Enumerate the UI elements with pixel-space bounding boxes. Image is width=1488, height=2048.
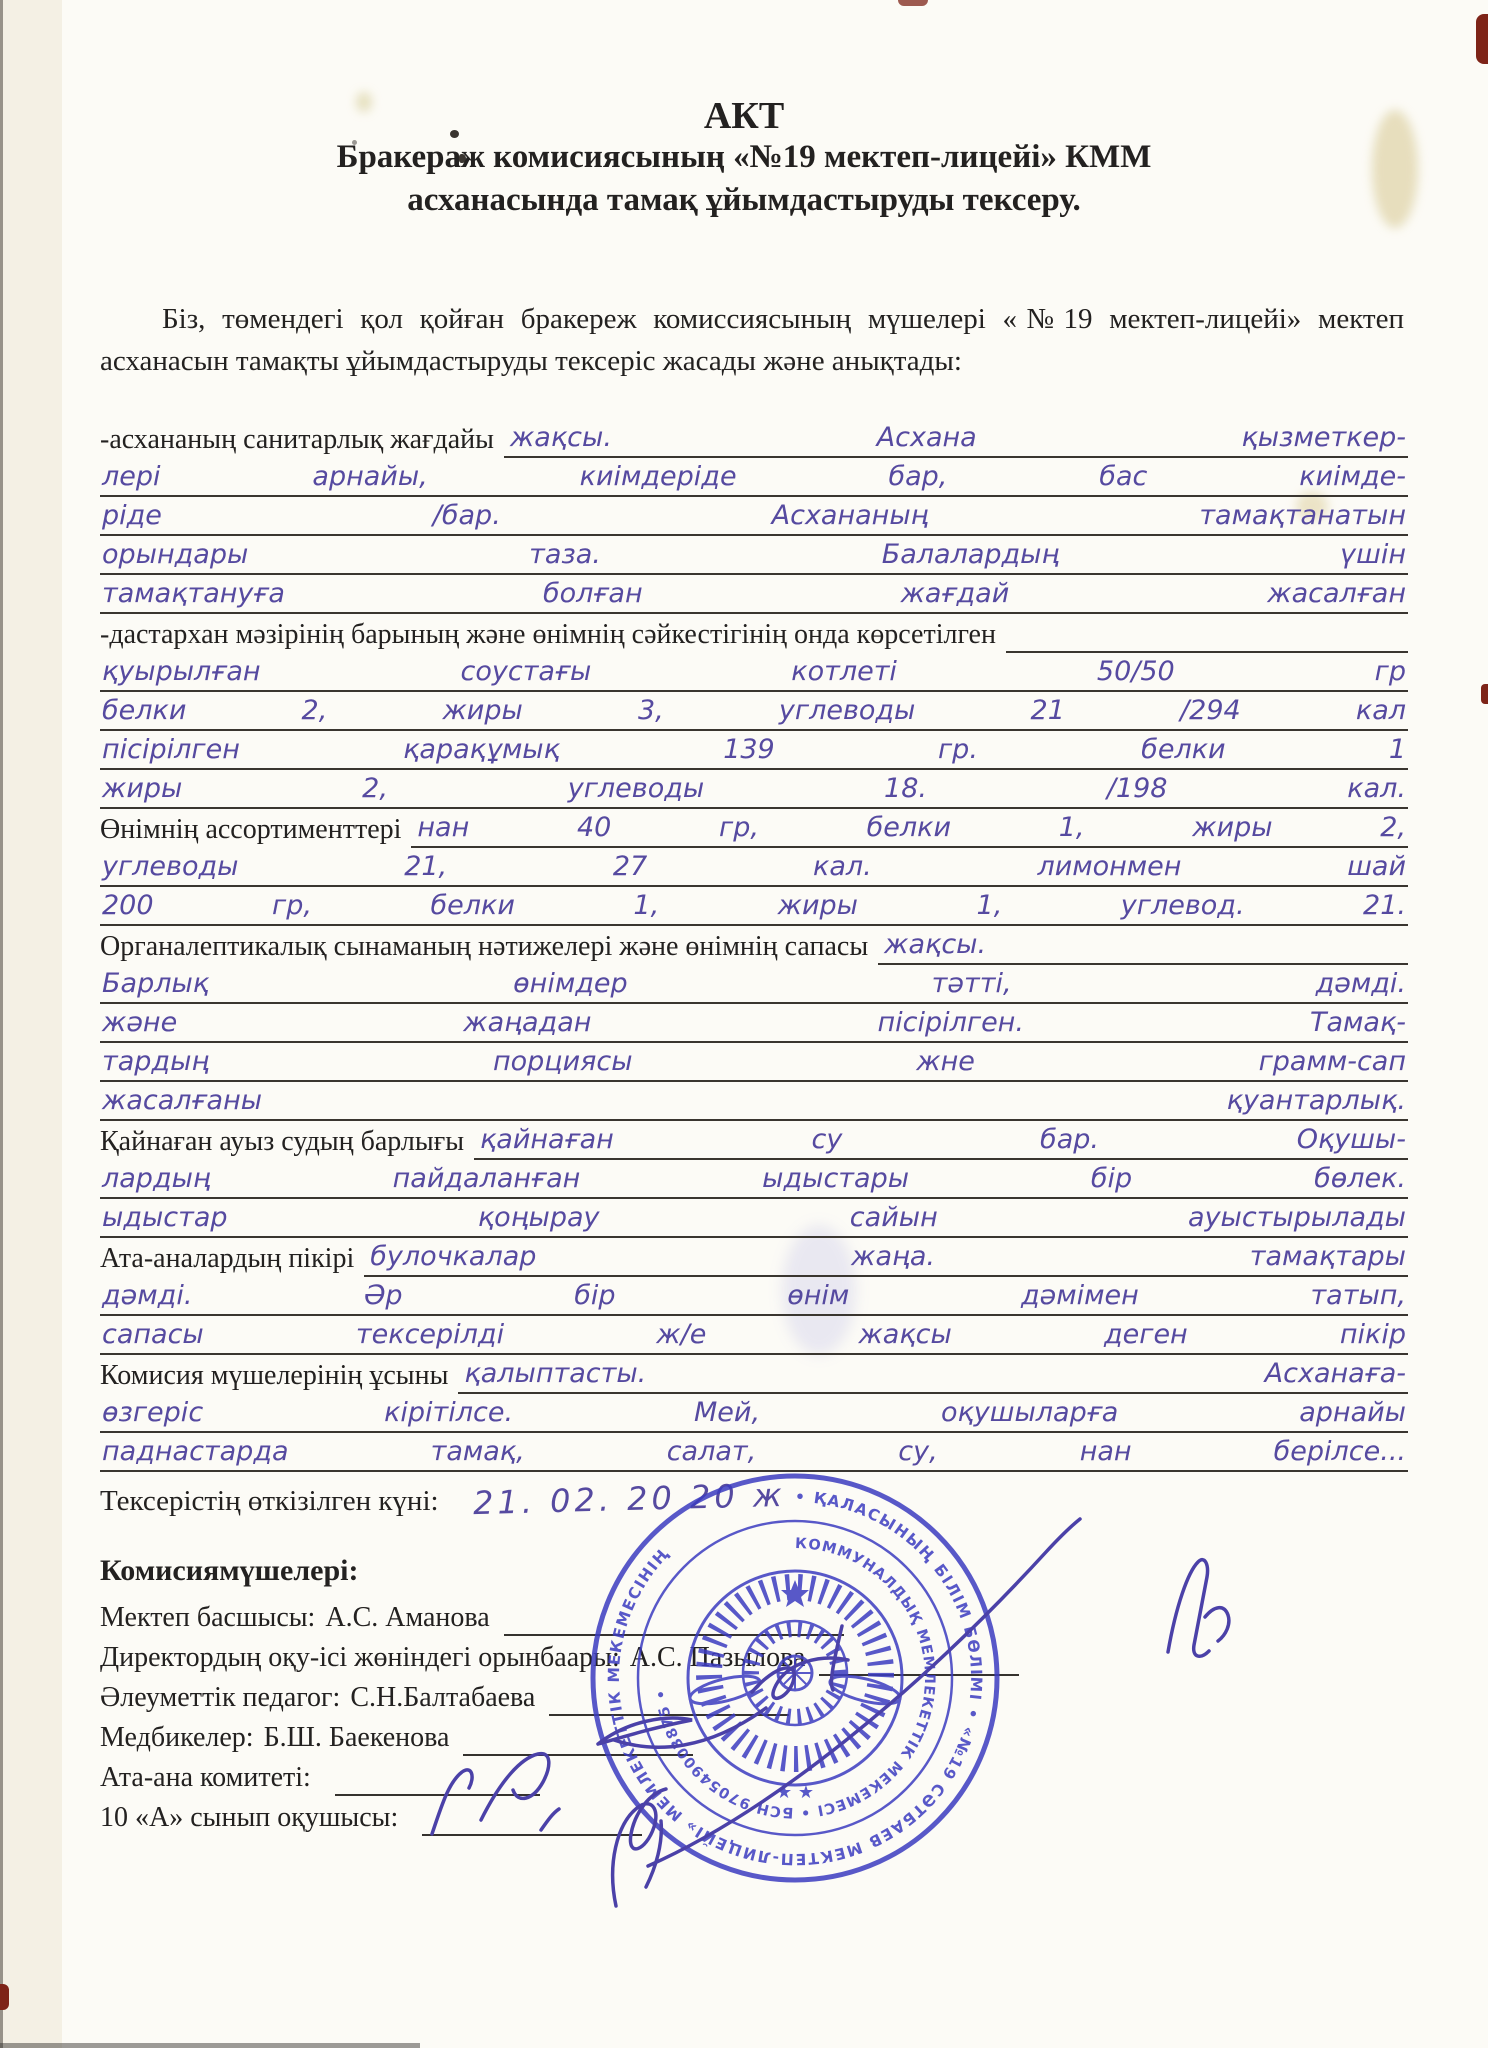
form-row: тамақтануға болған жағдай жасалған [100,575,1408,614]
field-parents-opinion: Ата-аналардың пікірі булочкалар жаңа. та… [100,1238,1408,1355]
scan-corner-mark [1476,14,1488,64]
form-row: жасалғаны қуантарлық. [100,1082,1408,1121]
handwritten-entry: лардың пайдаланған ыдыстары бір бөлек. [100,1165,1408,1199]
handwritten-entry: қуырылған соустағы котлеті 50/50 гр [100,658,1408,692]
scan-corner-mark [898,0,928,6]
form-row: 200 гр, белки 1, жиры 1, углевод. 21. [100,887,1408,926]
scan-left-edge [0,0,3,2048]
member-name [398,1832,408,1836]
handwritten-entry: жақсы. Асхана қызметкер- [504,424,1408,458]
handwritten-entry: нан 40 гр, белки 1, жиры 2, [411,814,1408,848]
form-row: пісірілген қарақұмық 139 гр. белки 1 [100,731,1408,770]
form-row: жиры 2, углеводы 18. /198 кал. [100,770,1408,809]
form-row: Өнімнің ассортименттері нан 40 гр, белки… [100,809,1408,848]
handwritten-entry: және жаңадан пісірілген. Тамақ- [100,1009,1408,1043]
handwritten-entry: белки 2, жиры 3, углеводы 21 /294 кал [100,697,1408,731]
form-row: Ата-аналардың пікірі булочкалар жаңа. та… [100,1238,1408,1277]
signature-line [335,1764,540,1796]
form-row: Барлық өнімдер тәтті, дәмді. [100,965,1408,1004]
handwritten-entry: өзгеріс кірітілсе. Мей, оқушыларға арнай… [100,1399,1408,1433]
form-row: Комисия мүшелерінің ұсыны қалыптасты. Ас… [100,1355,1408,1394]
stamp-bottom-stars: ★ ★ [776,1782,814,1803]
field-commission-proposal: Комисия мүшелерінің ұсыны қалыптасты. Ас… [100,1355,1408,1472]
handwritten-entry: углеводы 21, 27 кал. лимонмен шай [100,853,1408,887]
title-block: АКТ Бракераж комисиясының «№19 мектеп-ли… [0,96,1488,222]
handwritten-entry: жақсы. [878,931,1408,965]
handwritten-entry: қайнаған су бар. Оқушы- [474,1126,1408,1160]
field-label: Органалептикалық сынаманың нәтижелері жә… [100,933,878,965]
scan-left-strip [0,0,62,2048]
form-body: -асхананың санитарлық жағдайы жақсы. Асх… [100,419,1408,1472]
form-row: углеводы 21, 27 кал. лимонмен шай [100,848,1408,887]
document-subtitle-1: Бракераж комисиясының «№19 мектеп-лицейі… [0,136,1488,179]
field-label: Өнімнің ассортименттері [100,816,411,848]
scan-corner-mark [0,1984,9,2010]
member-role: Ата-ана комитеті: [100,1764,311,1796]
form-row: ыдыстар қоңырау сайын ауыстырылады [100,1199,1408,1238]
field-organoleptic-results: Органалептикалық сынаманың нәтижелері жә… [100,926,1408,1121]
form-row: ріде /бар. Асхананың тамақтанатын [100,497,1408,536]
field-sanitary-condition: -асхананың санитарлық жағдайы жақсы. Асх… [100,419,1408,614]
handwritten-entry: жиры 2, углеводы 18. /198 кал. [100,775,1408,809]
field-label: -асхананың санитарлық жағдайы [100,426,504,458]
form-row: -дастархан мәзірінің барының және өнімні… [100,614,1408,653]
form-row: сапасы тексерілді ж/е жақсы деген пікір [100,1316,1408,1355]
handwritten-entry: орындары таза. Балалардың үшін [100,541,1408,575]
field-menu-conformity: -дастархан мәзірінің барының және өнімні… [100,614,1408,809]
form-row: өзгеріс кірітілсе. Мей, оқушыларға арнай… [100,1394,1408,1433]
document-title: АКТ [0,96,1488,136]
member-role: Мектеп басшысы: [100,1604,315,1636]
member-role: Әлеуметтік педагог: [100,1684,340,1716]
field-label: Комисия мүшелерінің ұсыны [100,1362,458,1394]
scan-bottom-edge [0,2043,420,2048]
field-label: -дастархан мәзірінің барының және өнімні… [100,621,1006,653]
form-row: Қайнаған ауыз судың барлығы қайнаған су … [100,1121,1408,1160]
handwritten-entry: тардың порциясы жне грамм-сап [100,1048,1408,1082]
form-row: орындары таза. Балалардың үшін [100,536,1408,575]
form-row: лері арнайы, киімдеріде бар, бас киімде- [100,458,1408,497]
field-boiled-water: Қайнаған ауыз судың барлығы қайнаған су … [100,1121,1408,1238]
form-row: қуырылған соустағы котлеті 50/50 гр [100,653,1408,692]
handwritten-entry: Барлық өнімдер тәтті, дәмді. [100,970,1408,1004]
inspection-date-label: Тексерістің өткізілген күні: [100,1485,439,1518]
handwritten-entry: булочкалар жаңа. тамақтары [364,1243,1408,1277]
handwritten-entry: лері арнайы, киімдеріде бар, бас киімде- [100,463,1408,497]
field-product-assortment: Өнімнің ассортименттері нан 40 гр, белки… [100,809,1408,926]
member-name: С.Н.Балтабаева [340,1684,535,1716]
member-name: А.С. Аманова [315,1604,489,1636]
scanned-act-document: АКТ Бракераж комисиясының «№19 мектеп-ли… [0,0,1488,2048]
handwritten-entry [1006,646,1408,653]
handwritten-entry: жасалғаны қуантарлық. [100,1087,1408,1121]
official-stamp: • ҚАЛАСЫНЫҢ БІЛІМ БӨЛІМІ • «№19 СӘТБАЕВ … [585,1468,1005,1888]
field-label: Қайнаған ауыз судың барлығы [100,1128,474,1160]
handwritten-entry: 200 гр, белки 1, жиры 1, углевод. 21. [100,892,1408,926]
form-row: және жаңадан пісірілген. Тамақ- [100,1004,1408,1043]
handwritten-entry: ыдыстар қоңырау сайын ауыстырылады [100,1204,1408,1238]
handwritten-entry: паднастарда тамақ, салат, су, нан берілс… [100,1438,1408,1472]
member-role: 10 «А» сынып оқушысы: [100,1804,398,1836]
form-row: лардың пайдаланған ыдыстары бір бөлек. [100,1160,1408,1199]
member-role: Директордың оқу-ісі жөніндегі орынбаары: [100,1644,620,1676]
form-row: Органалептикалық сынаманың нәтижелері жә… [100,926,1408,965]
form-row: паднастарда тамақ, салат, су, нан берілс… [100,1433,1408,1472]
handwritten-entry: дәмді. Әр бір өнім дәмімен татып, [100,1282,1408,1316]
handwritten-entry: сапасы тексерілді ж/е жақсы деген пікір [100,1321,1408,1355]
emblem-icon [687,1580,902,1759]
member-role: Медбикелер: [100,1724,254,1756]
commission-heading: Комисиямүшелері: [100,1554,358,1588]
form-row: белки 2, жиры 3, углеводы 21 /294 кал [100,692,1408,731]
field-label: Ата-аналардың пікірі [100,1245,364,1277]
form-row: -асхананың санитарлық жағдайы жақсы. Асх… [100,419,1408,458]
scan-corner-mark [1481,684,1488,704]
document-subtitle-2: асханасында тамақ ұйымдастыруды тексеру. [0,179,1488,222]
intro-paragraph: Біз, төмендегі қол қойған бракереж комис… [100,298,1404,382]
form-row: дәмді. Әр бір өнім дәмімен татып, [100,1277,1408,1316]
handwritten-entry: тамақтануға болған жағдай жасалған [100,580,1408,614]
form-row: тардың порциясы жне грамм-сап [100,1043,1408,1082]
handwritten-entry: ріде /бар. Асхананың тамақтанатын [100,502,1408,536]
member-name [311,1792,321,1796]
handwritten-entry: қалыптасты. Асханаға- [458,1360,1408,1394]
member-name: Б.Ш. Баекенова [254,1724,450,1756]
handwritten-entry: пісірілген қарақұмық 139 гр. белки 1 [100,736,1408,770]
